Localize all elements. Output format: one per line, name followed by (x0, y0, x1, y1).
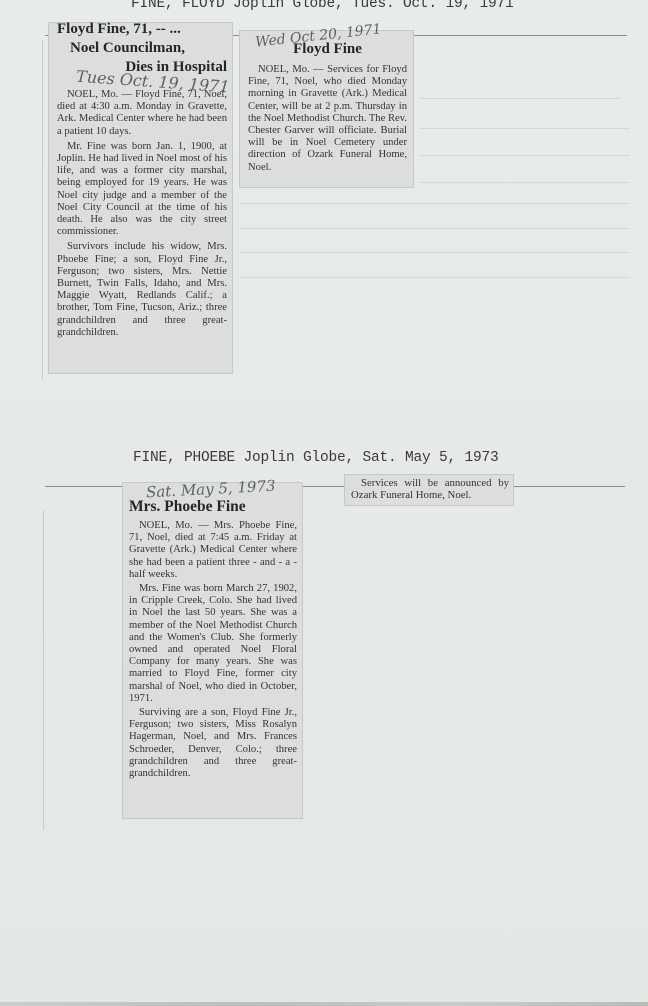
entry-label-floyd: FINE, FLOYD Joplin Globe, Tues. Oct. 19,… (131, 0, 514, 12)
obituary-paragraph: NOEL, Mo. — Floyd Fine, 71, Noel, died a… (57, 89, 227, 138)
obituary-paragraph: NOEL, Mo. — Mrs. Phoebe Fine, 71, Noel, … (129, 520, 297, 581)
page-rule (420, 128, 630, 129)
page-rule (240, 252, 630, 253)
obituary-paragraph: Mr. Fine was born Jan. 1, 1900, at Jopli… (57, 141, 227, 239)
page-rule (240, 277, 630, 278)
funeral-notice-clipping-floyd: Floyd Fine NOEL, Mo. — Services for Floy… (239, 30, 414, 188)
page-bottom-edge (0, 1002, 648, 1006)
obituary-paragraph: Survivors include his widow, Mrs. Phoebe… (57, 241, 227, 339)
page-margin-line (42, 40, 43, 380)
page-rule (420, 182, 630, 183)
obituary-paragraph: Surviving are a son, Floyd Fine Jr., Fer… (129, 707, 297, 780)
entry-label-phoebe: FINE, PHOEBE Joplin Globe, Sat. May 5, 1… (133, 450, 499, 466)
obituary-clipping-phoebe: Mrs. Phoebe Fine NOEL, Mo. — Mrs. Phoebe… (122, 482, 303, 819)
headline-line: Noel Councilman, (57, 40, 227, 57)
page-margin-line (43, 510, 44, 830)
services-notice-clipping-phoebe: Services will be announced by Ozark Fune… (344, 474, 514, 506)
obituary-paragraph: Mrs. Fine was born March 27, 1902, in Cr… (129, 583, 297, 705)
page-rule (240, 203, 630, 204)
page-rule (420, 155, 630, 156)
notice-paragraph: Services will be announced by Ozark Fune… (351, 477, 509, 501)
page-rule (420, 98, 620, 99)
page-rule (240, 228, 630, 229)
headline-line: Floyd Fine, 71, -- ... (57, 21, 227, 38)
notice-paragraph: NOEL, Mo. — Services for Floyd Fine, 71,… (248, 64, 407, 174)
